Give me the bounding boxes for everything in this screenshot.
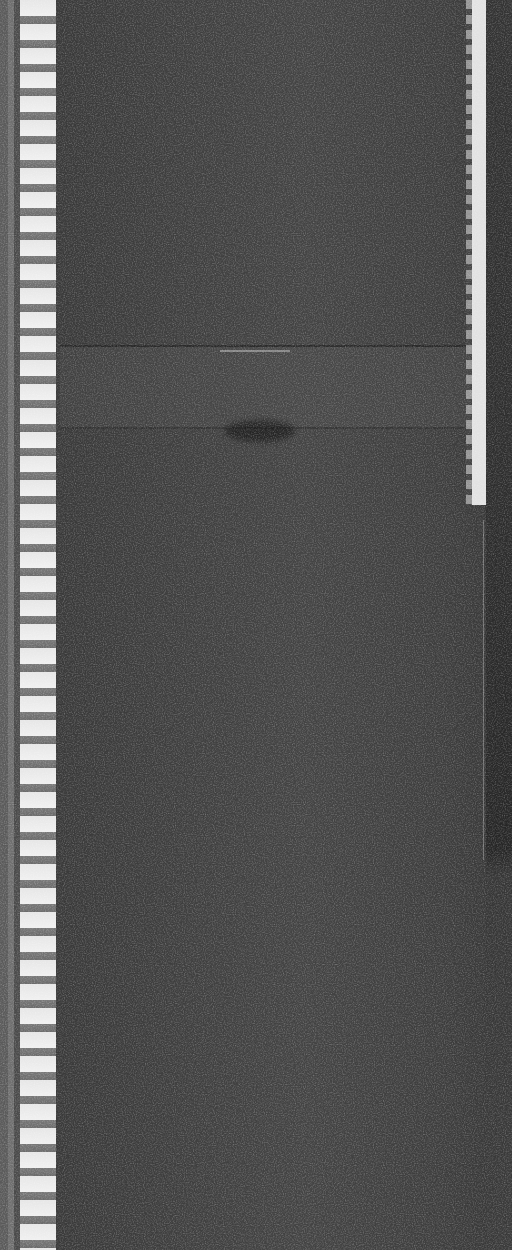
asphalt-texture — [0, 0, 512, 1250]
road-surface-image — [0, 0, 512, 1250]
